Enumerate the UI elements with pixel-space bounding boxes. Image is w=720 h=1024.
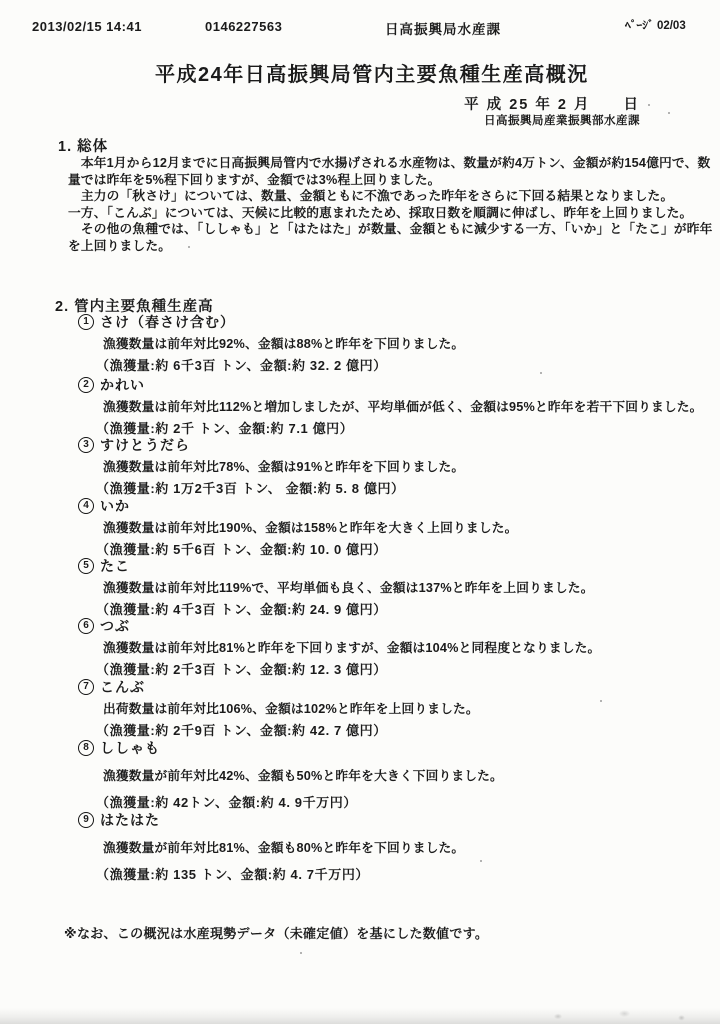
scan-noise-blobs [520, 1008, 710, 1022]
species-item-karei: 2 かれい 漁獲数量は前年対比112%と増加しましたが、平均単価が低く、金額は9… [78, 376, 704, 435]
species-item-tako: 5 たこ 漁獲数量は前年対比119%で、平均単価も良く、金額は137%と昨年を上… [78, 557, 704, 616]
species-name-row: 6 つぶ [78, 617, 704, 634]
scan-speck [300, 952, 302, 954]
species-description: 漁獲数量は前年対比92%、金額は88%と昨年を下回りました。 [78, 333, 704, 350]
species-name-row: 4 いか [78, 497, 704, 514]
species-catch-figures: （漁獲量:約 2千9百 トン、金額:約 42. 7 億円） [78, 720, 704, 737]
footnote: ※なお、この概況は水産現勢データ（未確定値）を基にした数値です。 [64, 923, 488, 942]
species-name-row: 5 たこ [78, 557, 704, 574]
species-catch-figures: （漁獲量:約 6千3百 トン、金額:約 32. 2 億円） [78, 355, 704, 372]
species-item-sake: 1 さけ（春さけ含む） 漁獲数量は前年対比92%、金額は88%と昨年を下回りまし… [78, 313, 704, 372]
species-item-tsubu: 6 つぶ 漁獲数量は前年対比81%と昨年を下回りますが、金額は104%と同程度と… [78, 617, 704, 676]
scan-speck [480, 860, 482, 862]
species-list: 1 さけ（春さけ含む） 漁獲数量は前年対比92%、金額は88%と昨年を下回りまし… [78, 313, 704, 883]
circled-number-icon: 4 [78, 498, 94, 514]
circled-number-icon: 3 [78, 437, 94, 453]
species-catch-figures: （漁獲量:約 4千3百 トン、金額:約 24. 9 億円） [78, 599, 704, 616]
species-name: はたはた [100, 810, 160, 830]
species-item-hatahata: 9 はたはた 漁獲数量が前年対比81%、金額も80%と昨年を下回りました。 （漁… [78, 811, 704, 881]
section1-body: 本年1月から12月までに日高振興局管内で水揚げされる水産物は、数量が約4万トン、… [68, 155, 718, 255]
species-description: 漁獲数量が前年対比81%、金額も80%と昨年を下回りました。 [78, 837, 704, 854]
species-item-suketoudara: 3 すけとうだら 漁獲数量は前年対比78%、金額は91%と昨年を下回りました。 … [78, 436, 704, 495]
issuing-organization: 日高振興局産業振興部水産課 [484, 112, 640, 128]
fax-number: 0146227563 [205, 19, 282, 34]
species-description: 漁獲数量は前年対比112%と増加しましたが、平均単価が低く、金額は95%と昨年を… [78, 396, 704, 413]
scan-speck [188, 246, 190, 248]
species-name: たこ [100, 556, 130, 576]
species-catch-figures: （漁獲量:約 2千3百 トン、金額:約 12. 3 億円） [78, 659, 704, 676]
section1-paragraph: 本年1月から12月までに日高振興局管内で水揚げされる水産物は、数量が約4万トン、… [68, 155, 718, 188]
species-name-row: 1 さけ（春さけ含む） [78, 313, 704, 330]
scanned-fax-page: { "colors": { "ink": "#1b1b1b", "paper":… [0, 0, 720, 1024]
circled-number-icon: 6 [78, 618, 94, 634]
scan-speck [668, 112, 670, 114]
species-catch-figures: （漁獲量:約 5千6百 トン、金額:約 10. 0 億円） [78, 539, 704, 556]
species-description: 漁獲数量は前年対比119%で、平均単価も良く、金額は137%と昨年を上回りました… [78, 577, 704, 594]
species-description: 漁獲数量は前年対比190%、金額は158%と昨年を大きく上回りました。 [78, 517, 704, 534]
species-name: さけ（春さけ含む） [100, 312, 235, 332]
scan-speck [648, 104, 650, 106]
species-name: いか [100, 496, 130, 516]
species-name-row: 9 はたはた [78, 811, 704, 828]
circled-number-icon: 5 [78, 558, 94, 574]
scan-speck [430, 588, 432, 590]
species-name-row: 8 ししゃも [78, 739, 704, 756]
species-item-shishamo: 8 ししゃも 漁獲数量が前年対比42%、金額も50%と昨年を大きく下回りました。… [78, 739, 704, 809]
species-name: こんぶ [100, 677, 145, 697]
species-name-row: 7 こんぶ [78, 678, 704, 695]
species-catch-figures: （漁獲量:約 135 トン、金額:約 4. 7千万円） [78, 864, 704, 881]
document-title: 平成24年日高振興局管内主要魚種生産高概況 [155, 58, 589, 87]
document-date: 平 成 25 年 2 月 日 [464, 93, 640, 114]
circled-number-icon: 2 [78, 377, 94, 393]
species-name-row: 3 すけとうだら [78, 436, 704, 453]
fax-page-indicator: ﾍﾟｰｼﾞ 02/03 [625, 17, 686, 33]
section1-paragraph: その他の魚種では、「ししゃも」と「はたはた」が数量、金額ともに減少する一方、「い… [68, 221, 718, 254]
section1-heading: 1. 総体 [58, 135, 108, 156]
scan-speck [600, 700, 602, 702]
fax-sender-name: 日高振興局水産課 [385, 18, 501, 38]
species-name: かれい [100, 375, 145, 395]
species-name: つぶ [100, 616, 130, 636]
scan-speck [540, 372, 542, 374]
species-description: 漁獲数量は前年対比78%、金額は91%と昨年を下回りました。 [78, 456, 704, 473]
species-catch-figures: （漁獲量:約 2千 トン、金額:約 7.1 億円） [78, 418, 704, 435]
circled-number-icon: 9 [78, 812, 94, 828]
species-catch-figures: （漁獲量:約 1万2千3百 トン、 金額:約 5. 8 億円） [78, 478, 704, 495]
section1-paragraph: 一方、「こんぶ」については、天候に比較的恵まれたため、採取日数を順調に伸ばし、昨… [68, 205, 718, 222]
species-catch-figures: （漁獲量:約 42トン、金額:約 4. 9千万円） [78, 792, 704, 809]
circled-number-icon: 1 [78, 314, 94, 330]
circled-number-icon: 8 [78, 740, 94, 756]
species-name-row: 2 かれい [78, 376, 704, 393]
species-description: 漁獲数量は前年対比81%と昨年を下回りますが、金額は104%と同程度となりました… [78, 637, 704, 654]
section1-paragraph: 主力の「秋さけ」については、数量、金額ともに不漁であった昨年をさらに下回る結果と… [68, 188, 718, 205]
species-item-konbu: 7 こんぶ 出荷数量は前年対比106%、金額は102%と昨年を上回りました。 （… [78, 678, 704, 737]
species-name: すけとうだら [100, 435, 190, 455]
species-description: 漁獲数量が前年対比42%、金額も50%と昨年を大きく下回りました。 [78, 765, 704, 782]
fax-datetime: 2013/02/15 14:41 [32, 19, 142, 34]
species-name: ししゃも [100, 738, 160, 758]
species-description: 出荷数量は前年対比106%、金額は102%と昨年を上回りました。 [78, 698, 704, 715]
species-item-ika: 4 いか 漁獲数量は前年対比190%、金額は158%と昨年を大きく上回りました。… [78, 497, 704, 556]
circled-number-icon: 7 [78, 679, 94, 695]
